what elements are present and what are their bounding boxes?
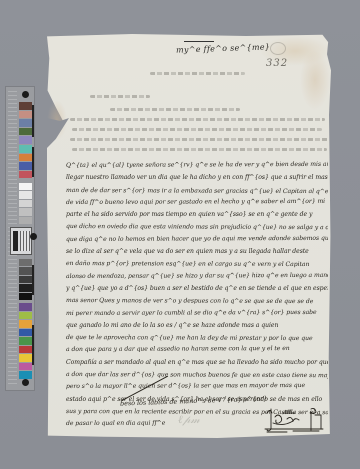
manuscript-line: que ganado lo mi ano de lo la so es / q^… xyxy=(66,320,328,332)
registration-dot-top xyxy=(22,91,29,98)
manuscript-line: alonso de mendoza, pensar q^{ue} se hizo… xyxy=(66,270,328,283)
checker-label-bar xyxy=(13,231,18,251)
color-patch xyxy=(19,102,32,110)
strip-marker xyxy=(32,325,34,365)
color-patch xyxy=(19,371,32,379)
color-patch xyxy=(19,128,32,136)
manuscript-line: a don que para y a dar que el assedio no… xyxy=(66,343,328,356)
letter-body: Q^{ta} el qu^{al} tyene señora se^{rv} q… xyxy=(66,160,328,431)
color-patch xyxy=(19,303,32,311)
color-patch xyxy=(19,346,32,354)
color-patch xyxy=(19,154,32,162)
color-patch xyxy=(19,119,32,127)
grayscale-patch xyxy=(19,208,32,215)
color-calibration-strip xyxy=(5,86,35,391)
grayscale-patch xyxy=(19,200,32,207)
manuscript-line: de pasar lo qual en dia aqui ff^e s xyxy=(66,418,166,431)
grayscale-patch xyxy=(19,183,32,190)
color-patch xyxy=(19,363,32,371)
strip-marker xyxy=(32,147,34,177)
color-patch xyxy=(19,320,32,328)
grayscale-patch xyxy=(19,217,32,224)
dark-patch xyxy=(19,267,32,274)
color-patch xyxy=(19,162,32,170)
manuscript-line: de vida ff^o bueno levo aqui por ser gas… xyxy=(66,196,328,209)
color-patch xyxy=(19,136,32,144)
color-patch xyxy=(19,171,32,179)
registration-dot-bottom xyxy=(22,379,29,386)
manuscript-line: y q^{ue} que yo a d^{os} buen a ser el b… xyxy=(66,283,328,295)
color-patch xyxy=(19,329,32,337)
manuscript-line: se lo dize al ser q^e vela que va do ser… xyxy=(66,246,328,258)
color-patch xyxy=(19,111,32,119)
color-patch xyxy=(19,145,32,153)
checker-barcode xyxy=(20,231,30,251)
strip-marker xyxy=(32,265,34,295)
registration-dot-middle xyxy=(30,233,37,240)
color-patch xyxy=(19,354,32,362)
stamp-mark xyxy=(270,42,286,55)
manuscript-line: mi perer mando a servir ayer lo cumbli a… xyxy=(66,306,328,319)
manuscript-line: pero s^o la mayor ll^e quien ser d^{os} … xyxy=(66,380,328,393)
bleed-through-mark: ℓ𝓅𝓂 xyxy=(178,413,200,427)
dark-patch xyxy=(19,293,32,300)
dark-patch xyxy=(19,276,32,283)
manuscript-line: que diga q^e no lo hemos en bien hacer q… xyxy=(66,233,328,246)
color-patch xyxy=(19,337,32,345)
folio-number: 332 xyxy=(266,58,288,69)
manuscript-line: Q^{ta} el qu^{al} tyene señora se^{rv} q… xyxy=(66,159,328,172)
manuscript-line: Compañía a ser mandado al qual en q^e ma… xyxy=(66,357,328,369)
grayscale-patch xyxy=(19,191,32,198)
manuscript-line: llegar nuestro llamado ver un dia que le… xyxy=(66,172,328,184)
dark-patch xyxy=(19,284,32,291)
manuscript-line: parte el ha sido servido por mas tiempo … xyxy=(66,209,328,221)
signature-rubric xyxy=(263,405,329,435)
color-patch xyxy=(19,312,32,320)
dark-patch xyxy=(19,259,32,266)
checker-label-box xyxy=(10,227,32,255)
strip-marker xyxy=(32,105,34,137)
header-underline xyxy=(184,41,214,42)
